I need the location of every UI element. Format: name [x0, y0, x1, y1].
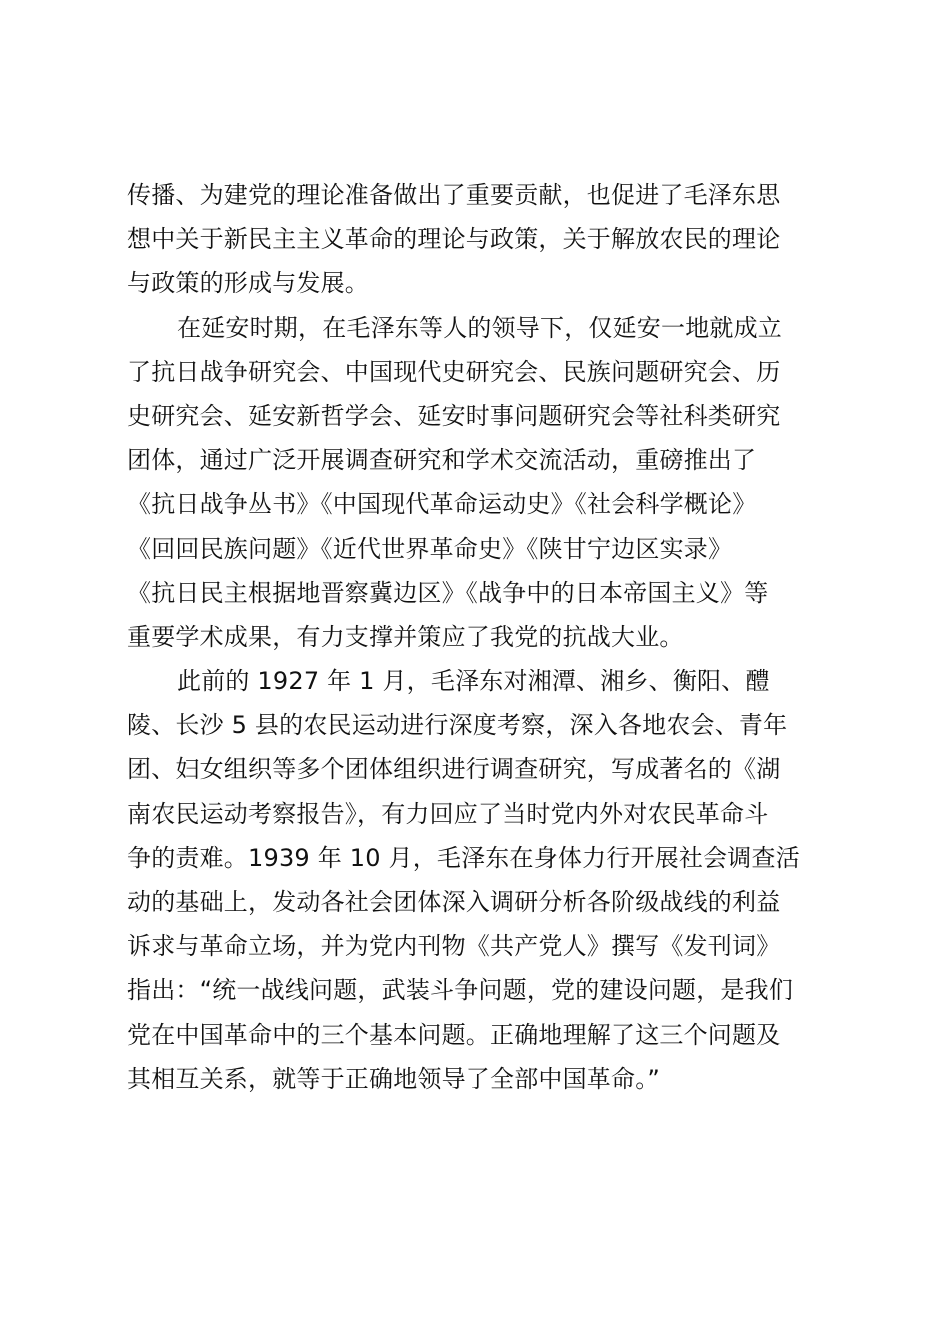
document-page: 传播、为建党的理论准备做出了重要贡献，也促进了毛泽东思 想中关于新民主主义革命的… [127, 173, 832, 1101]
text-line: 史研究会、延安新哲学会、延安时事问题研究会等社科类研究 [127, 394, 832, 438]
text-line: 南农民运动考察报告》，有力回应了当时党内外对农民革命斗 [127, 792, 832, 836]
paragraph-2: 在延安时期，在毛泽东等人的领导下，仅延安一地就成立 了抗日战争研究会、中国现代史… [127, 306, 832, 660]
text-line: 重要学术成果，有力支撑并策应了我党的抗战大业。 [127, 615, 832, 659]
text-line: 诉求与革命立场，并为党内刊物《共产党人》撰写《发刊词》 [127, 924, 832, 968]
text-line: 党在中国革命中的三个基本问题。正确地理解了这三个问题及 [127, 1013, 832, 1057]
text-line: 此前的 1927 年 1 月，毛泽东对湘潭、湘乡、衡阳、醴 [127, 659, 832, 703]
paragraph-1: 传播、为建党的理论准备做出了重要贡献，也促进了毛泽东思 想中关于新民主主义革命的… [127, 173, 832, 306]
text-line: 争的责难。1939 年 10 月，毛泽东在身体力行开展社会调查活 [127, 836, 832, 880]
text-line: 团体，通过广泛开展调查研究和学术交流活动，重磅推出了 [127, 438, 832, 482]
text-line: 在延安时期，在毛泽东等人的领导下，仅延安一地就成立 [127, 306, 832, 350]
text-line: 团、妇女组织等多个团体组织进行调查研究，写成著名的《湖 [127, 747, 832, 791]
text-line: 其相互关系，就等于正确地领导了全部中国革命。” [127, 1057, 832, 1101]
text-line: 《回回民族问题》《近代世界革命史》《陕甘宁边区实录》 [127, 527, 832, 571]
text-line: 与政策的形成与发展。 [127, 261, 832, 305]
paragraph-3: 此前的 1927 年 1 月，毛泽东对湘潭、湘乡、衡阳、醴 陵、长沙 5 县的农… [127, 659, 832, 1101]
text-line: 想中关于新民主主义革命的理论与政策，关于解放农民的理论 [127, 217, 832, 261]
text-line: 陵、长沙 5 县的农民运动进行深度考察，深入各地农会、青年 [127, 703, 832, 747]
text-line: 《抗日民主根据地晋察冀边区》《战争中的日本帝国主义》等 [127, 571, 832, 615]
text-line: 传播、为建党的理论准备做出了重要贡献，也促进了毛泽东思 [127, 173, 832, 217]
text-line: 《抗日战争丛书》《中国现代革命运动史》《社会科学概论》 [127, 482, 832, 526]
text-line: 了抗日战争研究会、中国现代史研究会、民族问题研究会、历 [127, 350, 832, 394]
text-line: 指出：“统一战线问题，武装斗争问题，党的建设问题，是我们 [127, 968, 832, 1012]
text-line: 动的基础上，发动各社会团体深入调研分析各阶级战线的利益 [127, 880, 832, 924]
